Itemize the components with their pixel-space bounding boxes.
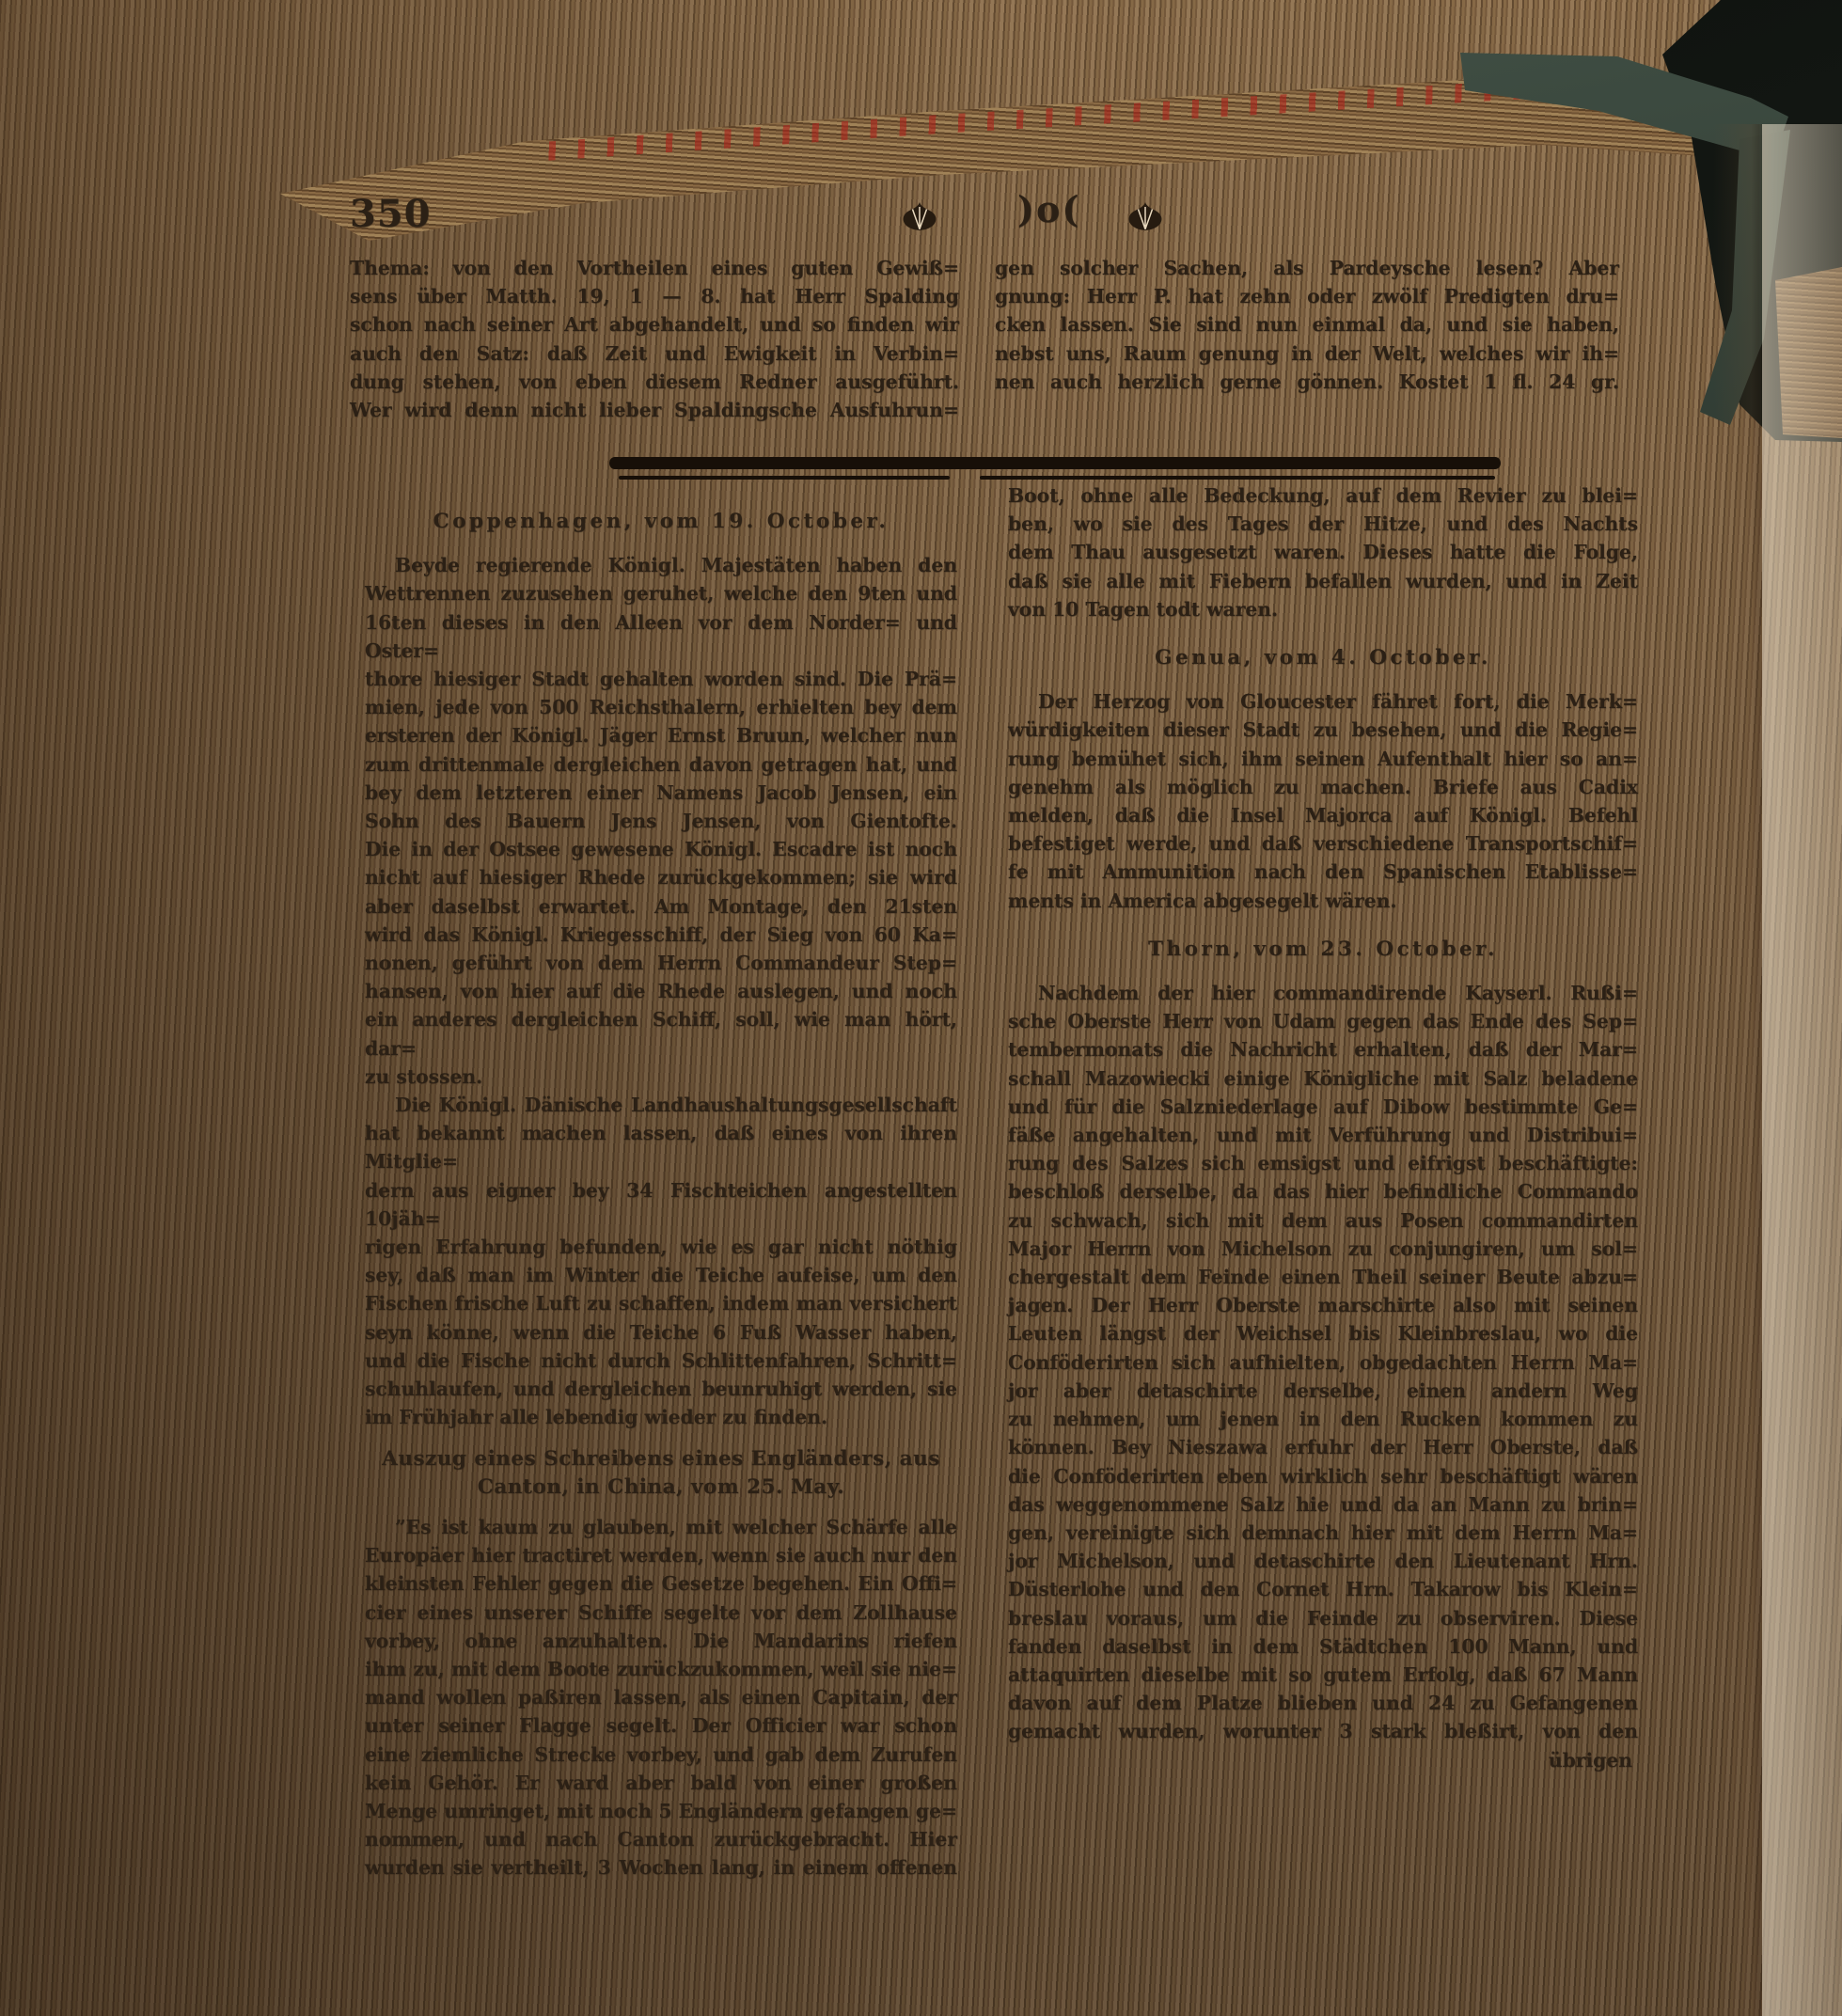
- article-heading: Genua, vom 4. October.: [1008, 644, 1638, 672]
- text-line: genehm als möglich zu machen. Briefe aus…: [1008, 773, 1638, 801]
- text-line: ein anderes dergleichen Schiff, soll, wi…: [365, 1005, 957, 1062]
- text-line: wurden sie vertheilt, 3 Wochen lang, in …: [365, 1853, 957, 1882]
- text-line: mien, jede von 500 Reichsthalern, erhiel…: [365, 693, 957, 721]
- text-line: vorbey, ohne anzuhalten. Die Mandarins r…: [365, 1627, 957, 1655]
- text-line: zum drittenmale dergleichen davon getrag…: [365, 750, 957, 779]
- heading-line: Genua, vom 4. October.: [1008, 644, 1638, 672]
- text-line: Nachdem der hier commandirende Kayserl. …: [1008, 979, 1638, 1007]
- text-line: sey, daß man im Winter die Teiche aufeis…: [365, 1261, 957, 1289]
- text-line: bey dem letzteren einer Namens Jacob Jen…: [365, 779, 957, 807]
- text-line: Die Königl. Dänische Landhaushaltungsges…: [365, 1091, 957, 1119]
- text-line: jor Michelson, und detaschirte den Lieut…: [1008, 1547, 1638, 1575]
- text-line: nebst uns, Raum genung in der Welt, welc…: [995, 339, 1619, 368]
- main-right-column: Boot, ohne alle Bedeckung, auf dem Revie…: [1008, 481, 1638, 1774]
- text-line: schuhlaufen, und dergleichen beunruhigt …: [365, 1375, 957, 1403]
- text-line: gemacht wurden, worunter 3 stark bleßirt…: [1008, 1717, 1638, 1745]
- text-line: zu stossen.: [365, 1063, 957, 1091]
- text-line: Wer wird denn nicht lieber Spaldingsche …: [350, 396, 959, 424]
- text-line: und für die Salzniederlage auf Dibow bes…: [1008, 1093, 1638, 1121]
- text-line: Major Herrn von Michelson zu conjungiren…: [1008, 1235, 1638, 1263]
- text-line: Sohn des Bauern Jens Jensen, von Gientof…: [365, 807, 957, 835]
- text-line: thore hiesiger Stadt gehalten worden sin…: [365, 665, 957, 693]
- heading-line: Thorn, vom 23. October.: [1008, 936, 1638, 964]
- text-line: Düsterlohe und den Cornet Hrn. Takarow b…: [1008, 1575, 1638, 1603]
- text-line: zu nehmen, um jenen in den Rucken kommen…: [1008, 1405, 1638, 1433]
- text-line: ihm zu, mit dem Boote zurückzukommen, we…: [365, 1655, 957, 1683]
- heading-line: Coppenhagen, vom 19. October.: [365, 508, 957, 536]
- text-line: breslau voraus, um die Feinde zu observi…: [1008, 1604, 1638, 1632]
- text-line: jor aber detaschirte derselbe, einen and…: [1008, 1377, 1638, 1405]
- text-line: attaquirten dieselbe mit so gutem Erfolg…: [1008, 1661, 1638, 1689]
- text-line: hansen, von hier auf die Rhede auslegen,…: [365, 977, 957, 1005]
- top-section-left-column: Thema: von den Vortheilen eines guten Ge…: [350, 254, 959, 424]
- text-line: das weggenommene Salz hie und da an Mann…: [1008, 1490, 1638, 1519]
- text-line: Leuten längst der Weichsel bis Kleinbres…: [1008, 1319, 1638, 1347]
- section-divider-thick-rule: [609, 457, 1501, 469]
- text-line: Menge umringet, mit noch 5 Engländern ge…: [365, 1797, 957, 1825]
- text-line: dung stehen, von eben diesem Redner ausg…: [350, 368, 959, 396]
- text-line: ments in America abgesegelt wären.: [1008, 887, 1638, 915]
- text-line: Europäer hier tractiret werden, wenn sie…: [365, 1541, 957, 1569]
- book-scan-page-350: 350 )o( Thema: von den Vortheilen eines …: [0, 0, 1842, 2016]
- text-line: fe mit Ammunition nach den Spanischen Et…: [1008, 858, 1638, 886]
- text-line: Boot, ohne alle Bedeckung, auf dem Revie…: [1008, 481, 1638, 510]
- text-line: sche Oberste Herr von Udam gegen das End…: [1008, 1007, 1638, 1035]
- text-line: fäße angehalten, und mit Verführung und …: [1008, 1121, 1638, 1149]
- text-line: von 10 Tagen todt waren.: [1008, 595, 1638, 623]
- text-line: rigen Erfahrung befunden, wie es gar nic…: [365, 1233, 957, 1261]
- text-line: gen, vereinigte sich demnach hier mit de…: [1008, 1519, 1638, 1547]
- text-line: nonen, geführt von dem Herrn Commandeur …: [365, 949, 957, 977]
- next-page-sliver: [1762, 124, 1842, 2016]
- text-line: 16ten dieses in den Alleen vor dem Norde…: [365, 608, 957, 665]
- article-heading: Thorn, vom 23. October.: [1008, 936, 1638, 964]
- text-line: daß sie alle mit Fiebern befallen wurden…: [1008, 567, 1638, 595]
- section-divider-thin-rule: [619, 476, 950, 480]
- text-line: Wettrennen zuzusehen geruhet, welche den…: [365, 579, 957, 607]
- page-number: 350: [350, 192, 432, 236]
- text-line: Die in der Ostsee gewesene Königl. Escad…: [365, 835, 957, 863]
- text-line: Der Herzog von Gloucester fähret fort, d…: [1008, 687, 1638, 716]
- text-line: nicht auf hiesiger Rhede zurückgekommen;…: [365, 863, 957, 891]
- text-line: melden, daß die Insel Majorca auf Königl…: [1008, 801, 1638, 829]
- article-heading: Coppenhagen, vom 19. October.: [365, 508, 957, 536]
- text-line: tembermonats die Nachricht erhalten, daß…: [1008, 1035, 1638, 1063]
- text-line: aber daselbst erwartet. Am Montage, den …: [365, 892, 957, 921]
- fleuron-icon: [901, 199, 938, 237]
- text-line: nommen, und nach Canton zurückgebracht. …: [365, 1825, 957, 1853]
- text-line: ersteren der Königl. Jäger Ernst Bruun, …: [365, 721, 957, 749]
- text-line: kein Gehör. Er ward aber bald von einer …: [365, 1769, 957, 1797]
- text-line: die Conföderirten eben wirklich sehr bes…: [1008, 1462, 1638, 1490]
- text-line: eine ziemliche Strecke vorbey, und gab d…: [365, 1740, 957, 1769]
- catchword: übrigen: [1008, 1746, 1638, 1774]
- text-line: gen solcher Sachen, als Pardeysche lesen…: [995, 254, 1619, 282]
- article-heading: Auszug eines Schreibens eines Engländers…: [365, 1445, 957, 1502]
- text-line: im Frühjahr alle lebendig wieder zu find…: [365, 1403, 957, 1431]
- text-line: hat bekannt machen lassen, daß eines von…: [365, 1119, 957, 1175]
- text-line: wird das Königl. Kriegesschiff, der Sieg…: [365, 921, 957, 949]
- text-line: gnung: Herr P. hat zehn oder zwölf Predi…: [995, 282, 1619, 310]
- text-line: jagen. Der Herr Oberste marschirte also …: [1008, 1291, 1638, 1319]
- text-line: und die Fische nicht durch Schlittenfahr…: [365, 1347, 957, 1375]
- text-line: dern aus eigner bey 34 Fischteichen ange…: [365, 1176, 957, 1233]
- text-line: auch den Satz: daß Zeit und Ewigkeit in …: [350, 339, 959, 368]
- text-line: können. Bey Nieszawa erfuhr der Herr Obe…: [1008, 1433, 1638, 1461]
- text-line: cken lassen. Sie sind nun einmal da, und…: [995, 310, 1619, 339]
- main-left-column: Coppenhagen, vom 19. October.Beyde regie…: [365, 508, 957, 1882]
- text-line: ”Es ist kaum zu glauben, mit welcher Sch…: [365, 1513, 957, 1541]
- text-line: zu schwach, sich mit dem aus Posen comma…: [1008, 1206, 1638, 1235]
- text-line: rung des Salzes sich emsigst und eifrigs…: [1008, 1149, 1638, 1177]
- text-line: Fischen frische Luft zu schaffen, indem …: [365, 1289, 957, 1317]
- top-section-right-column: gen solcher Sachen, als Pardeysche lesen…: [995, 254, 1619, 396]
- section-divider-thin-rule: [980, 476, 1495, 480]
- text-line: schon nach seiner Art abgehandelt, und s…: [350, 310, 959, 339]
- heading-line: Canton, in China, vom 25. May.: [365, 1473, 957, 1502]
- text-line: ben, wo sie des Tages der Hitze, und des…: [1008, 510, 1638, 538]
- text-line: kleinsten Fehler gegen die Gesetze begeh…: [365, 1569, 957, 1598]
- text-line: sens über Matth. 19, 1 — 8. hat Herr Spa…: [350, 282, 959, 310]
- text-line: seyn könne, wenn die Teiche 6 Fuß Wasser…: [365, 1318, 957, 1347]
- header-ornament-parentheses: )o(: [1017, 188, 1080, 230]
- text-line: schall Mazowiecki einige Königliche mit …: [1008, 1064, 1638, 1093]
- text-line: fanden daselbst in dem Städtchen 100 Man…: [1008, 1632, 1638, 1661]
- text-line: Conföderirten sich aufhielten, obgedacht…: [1008, 1348, 1638, 1377]
- text-line: nen auch herzlich gerne gönnen. Kostet 1…: [995, 368, 1619, 396]
- text-line: mand wollen paßiren lassen, als einen Ca…: [365, 1683, 957, 1711]
- text-line: Thema: von den Vortheilen eines guten Ge…: [350, 254, 959, 282]
- text-line: würdigkeiten dieser Stadt zu besehen, un…: [1008, 716, 1638, 744]
- text-line: beschloß derselbe, da das hier befindlic…: [1008, 1177, 1638, 1205]
- text-line: befestiget werde, und daß verschiedene T…: [1008, 829, 1638, 858]
- text-line: rung bemühet sich, ihm seinen Aufenthalt…: [1008, 745, 1638, 773]
- heading-line: Auszug eines Schreibens eines Engländers…: [365, 1445, 957, 1473]
- text-line: chergestalt dem Feinde einen Theil seine…: [1008, 1263, 1638, 1291]
- text-line: unter seiner Flagge segelt. Der Officier…: [365, 1711, 957, 1740]
- text-line: cier eines unserer Schiffe segelte vor d…: [365, 1599, 957, 1627]
- text-line: dem Thau ausgesetzt waren. Dieses hatte …: [1008, 538, 1638, 566]
- text-line: davon auf dem Platze blieben und 24 zu G…: [1008, 1689, 1638, 1717]
- fleuron-icon: [1126, 199, 1164, 237]
- text-line: Beyde regierende Königl. Majestäten habe…: [365, 551, 957, 579]
